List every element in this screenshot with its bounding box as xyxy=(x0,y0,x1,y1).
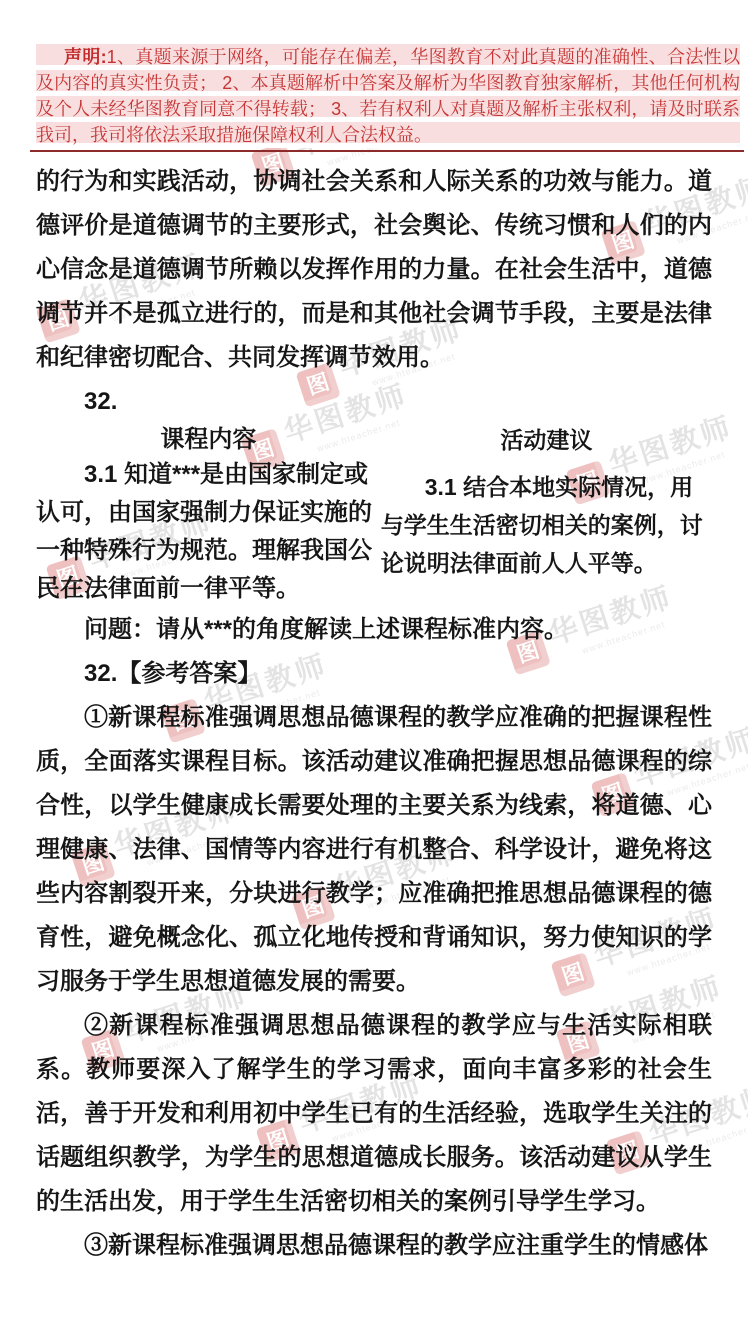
reference-answer-heading: 32.【参考答案】 xyxy=(36,652,712,696)
disclaimer-label: 声明: xyxy=(64,47,107,67)
document-page: 图 华图教师 www.hteacher.net 图 华图教师 www.hteac… xyxy=(0,0,748,1335)
table-column-activity-suggestion: 活动建议 3.1 结合本地实际情况，用 与学生生活密切相关的案例，讨 论说明法律… xyxy=(381,424,712,608)
disclaimer-notice: 声明:1、真题来源于网络，可能存在偏差，华图教育不对此真题的准确性、合法性以及内… xyxy=(36,44,740,148)
document-content: 声明:1、真题来源于网络，可能存在偏差，华图教育不对此真题的准确性、合法性以及内… xyxy=(0,44,748,1268)
answer-paragraph-1: ①新课程标准强调思想品德课程的教学应准确的把握课程性质，全面落实课程目标。该活动… xyxy=(36,696,712,1004)
table-header-course-content: 课程内容 xyxy=(36,424,381,456)
curriculum-standards-table: 课程内容 3.1 知道***是由国家制定或 认可，由国家强制力保证实施的 一种特… xyxy=(36,424,712,608)
body-paragraph-continued: 的行为和实践活动，协调社会关系和人际关系的功效与能力。道德评价是道德调节的主要形… xyxy=(36,160,712,380)
answer-paragraph-3: ③新课程标准强调思想品德课程的教学应注重学生的情感体 xyxy=(36,1224,712,1268)
table-column-course-content: 课程内容 3.1 知道***是由国家制定或 认可，由国家强制力保证实施的 一种特… xyxy=(36,424,381,608)
disclaimer-text: 1、真题来源于网络，可能存在偏差，华图教育不对此真题的准确性、合法性以及内容的真… xyxy=(36,47,740,145)
question-prompt: 问题：请从***的角度解读上述课程标准内容。 xyxy=(36,608,712,652)
answer-paragraph-2: ②新课程标准强调思想品德课程的教学应与生活实际相联系。教师要深入了解学生的学习需… xyxy=(36,1004,712,1224)
document-body: 的行为和实践活动，协调社会关系和人际关系的功效与能力。道德评价是道德调节的主要形… xyxy=(36,160,712,1268)
table-header-activity-suggestion: 活动建议 xyxy=(381,424,712,456)
question-number: 32. xyxy=(36,380,712,424)
table-cell-course-content: 3.1 知道***是由国家制定或 认可，由国家强制力保证实施的 一种特殊行为规范… xyxy=(36,456,381,608)
table-cell-activity-suggestion: 3.1 结合本地实际情况，用 与学生生活密切相关的案例，讨 论说明法律面前人人平… xyxy=(381,468,712,582)
disclaimer-divider xyxy=(30,150,744,152)
